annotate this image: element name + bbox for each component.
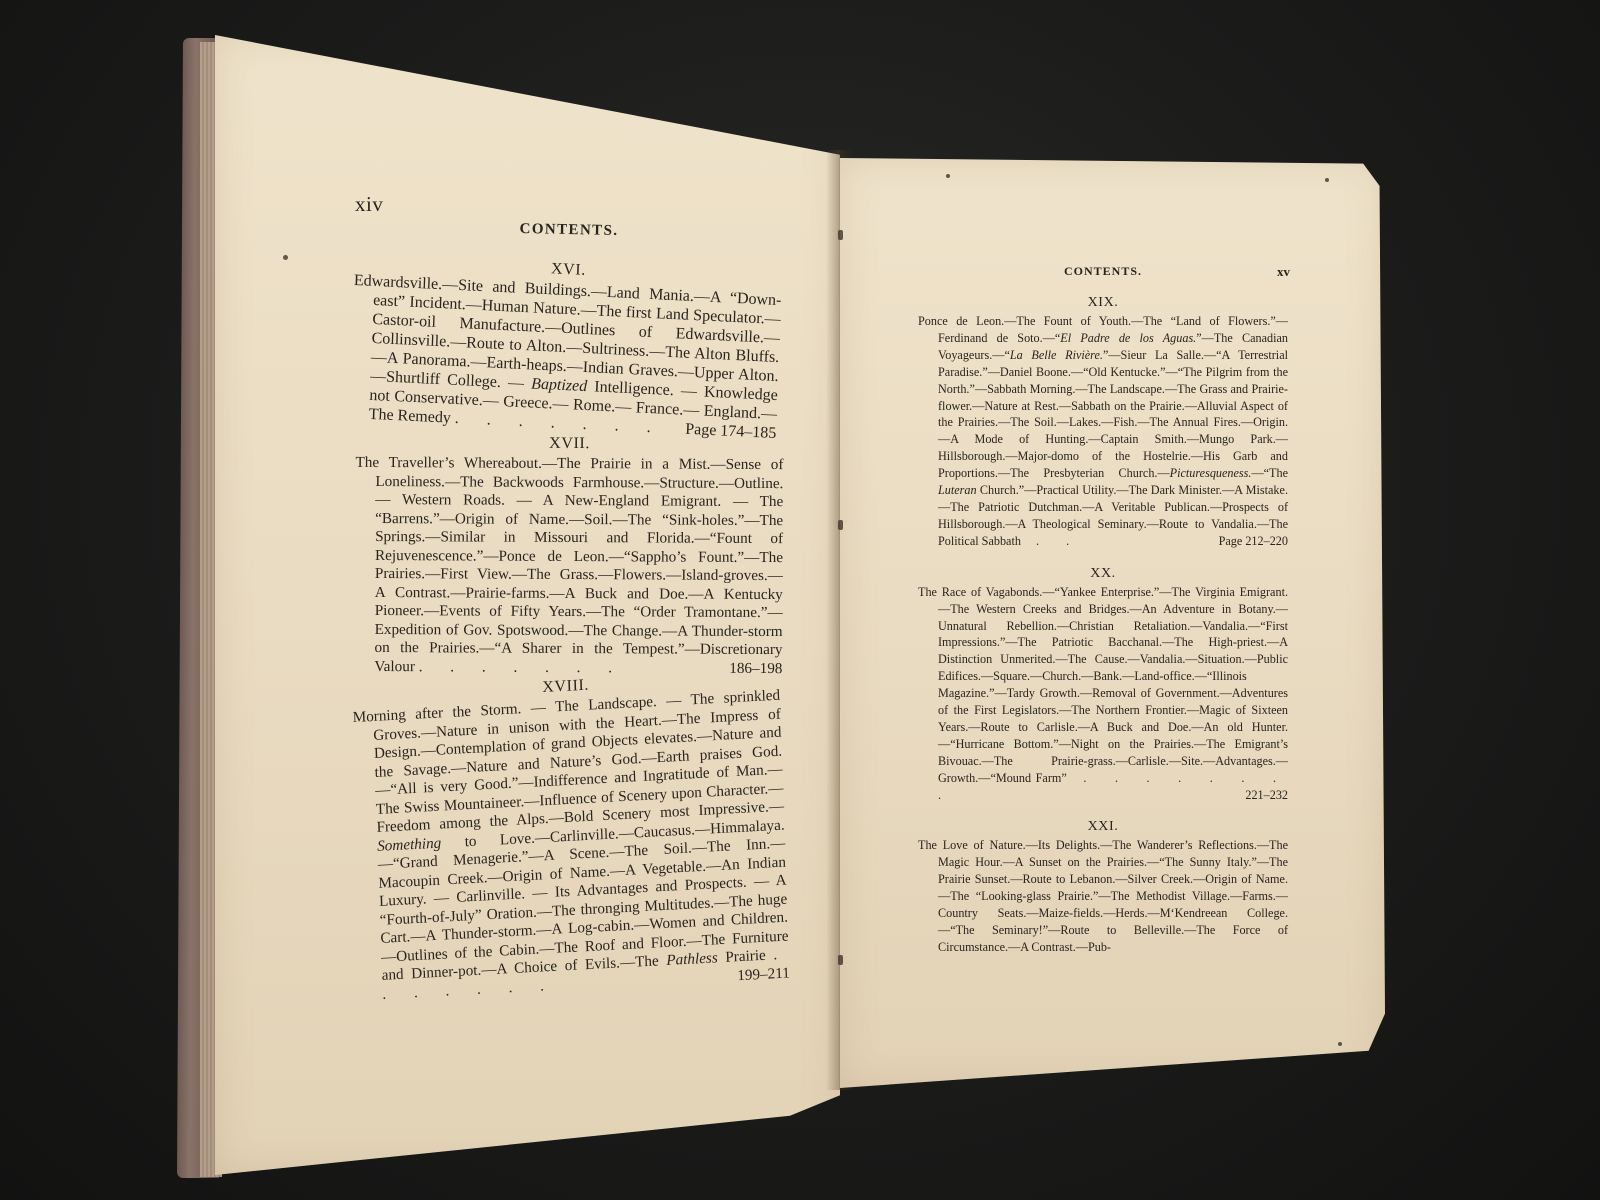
paper-speck [283,255,288,260]
summary-text: Edwardsville.—Site and Buildings.—Land M… [354,272,782,392]
chapter-number: XIX. [918,295,1288,311]
page-range: 199–211 [737,964,790,985]
summary-italic: Baptized [531,375,588,395]
summary-text: The Race of Vagabonds.—“Yankee Enterpris… [918,585,1288,785]
summary-italic: El Padre de los Aguas. [1060,331,1196,345]
chapter-xix: XIX. Ponce de Leon.—The Fount of Youth.—… [918,295,1288,550]
chapter-xx: XX. The Race of Vagabonds.—“Yankee Enter… [918,566,1288,804]
paper-speck [1325,178,1329,182]
chapter-number: XX. [918,566,1288,582]
chapter-xvii: XVII. The Traveller’s Whereabout.—The Pr… [354,434,783,678]
chapter-summary: Morning after the Storm. — The Landscape… [352,687,790,1005]
page-number: xv [1277,264,1290,280]
summary-text: ”—Sieur La Salle.—“A Terrestrial Paradis… [938,348,1288,480]
chapter-summary: The Traveller’s Whereabout.—The Prairie … [354,454,783,678]
summary-text: The Love of Nature.—Its Delights.—The Wa… [918,838,1288,953]
chapter-summary: Edwardsville.—Site and Buildings.—Land M… [348,271,781,443]
running-head: CONTENTS. [355,218,783,244]
summary-italic: Something [377,834,442,854]
chapter-number: XVII. [356,434,784,454]
sewing-thread-mark [838,520,843,530]
summary-text: Morning after the Storm. — The Landscape… [352,687,784,836]
summary-italic: Pathless [666,949,718,969]
chapter-xvi: XVI. Edwardsville.—Site and Buildings.—L… [348,251,782,443]
open-book: xiv CONTENTS. XVI. Edwardsville.—Site an… [0,0,1600,1200]
running-head: CONTENTS. [1064,264,1142,279]
right-page-content: CONTENTS. xv XIX. Ponce de Leon.—The Fou… [918,264,1288,956]
summary-italic: Picturesqueness. [1170,466,1252,480]
leader-dots: . . [1021,534,1081,548]
summary-text: —“The [1251,466,1288,480]
chapter-summary: The Race of Vagabonds.—“Yankee Enterpris… [918,584,1288,804]
chapter-xxi: XXI. The Love of Nature.—Its Delights.—T… [918,819,1288,955]
paper-speck [1338,1042,1342,1046]
chapter-summary: The Love of Nature.—Its Delights.—The Wa… [918,837,1288,955]
summary-text: The Traveller’s Whereabout.—The Prairie … [355,454,783,675]
summary-text: Prairie [717,947,766,967]
chapter-xviii: XVIII. Morning after the Storm. — The La… [352,667,790,1005]
chapter-summary: Ponce de Leon.—The Fount of Youth.—The “… [918,313,1288,550]
page-number: xiv [355,192,383,217]
running-head-row: CONTENTS. xv [918,264,1288,279]
summary-italic: Luteran [938,483,977,497]
page-range: 221–232 [1245,787,1288,804]
sewing-thread-mark [838,955,843,965]
page-range: Page 212–220 [1219,533,1288,550]
summary-italic: La Belle Rivière. [1010,348,1103,362]
chapter-number: XXI. [918,819,1288,835]
left-page-content: xiv CONTENTS. XVI. Edwardsville.—Site an… [355,190,783,1005]
paper-speck [946,174,950,178]
leader-dots: . . . . . . . [419,658,624,676]
sewing-thread-mark [838,230,843,240]
